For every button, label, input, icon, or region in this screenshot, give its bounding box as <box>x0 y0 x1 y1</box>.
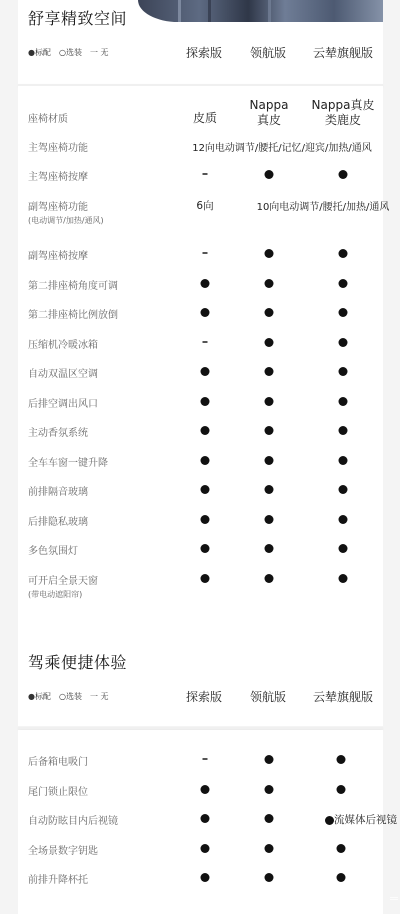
table-row: 可开启全景天窗 (带电动遮阳帘) <box>18 572 383 606</box>
section-title: 舒享精致空间 <box>28 6 127 29</box>
column-header-explore: 探索版 <box>186 688 222 705</box>
cell-pilot <box>265 277 274 289</box>
dot-icon <box>339 574 348 583</box>
dot-icon <box>201 574 210 583</box>
scroll-handle-icon[interactable] <box>390 897 398 900</box>
dot-icon <box>265 485 274 494</box>
legend: ●标配 ○选装 一 无 <box>28 47 109 58</box>
row-label: 尾门锁止限位 <box>28 783 88 798</box>
column-header-flagship: 云辇旗舰版 <box>313 44 373 61</box>
cell-explore <box>201 812 210 824</box>
row-label: 第二排座椅角度可调 <box>28 277 118 292</box>
dot-icon <box>339 338 348 347</box>
cell-pilot <box>265 513 274 525</box>
dot-icon <box>339 249 348 258</box>
row-label: 自动防眩目内后视镜 <box>28 812 118 827</box>
table-row: 副驾座椅功能 (电动调节/加热/通风) 6向 10向电动调节/腰托/加热/通风 <box>18 198 383 232</box>
dot-icon <box>201 426 210 435</box>
mirror-note: 流媒体后视镜 <box>334 814 397 826</box>
dot-icon <box>265 814 274 823</box>
dot-icon <box>201 485 210 494</box>
cell-flagship <box>337 871 346 883</box>
dot-icon <box>265 367 274 376</box>
spec-comparison-page: 舒享精致空间 ●标配 ○选装 一 无 探索版 领航版 云辇旗舰版 座椅材质 皮质… <box>0 0 400 914</box>
dot-icon <box>337 844 346 853</box>
table-row: 尾门锁止限位 <box>18 783 383 803</box>
row-label: 压缩机冷暖冰箱 <box>28 336 98 351</box>
cell-explore <box>203 336 208 348</box>
cell-pilot <box>265 247 274 259</box>
cell-pilot <box>265 871 274 883</box>
cell-pilot <box>265 336 274 348</box>
row-label: 副驾座椅按摩 <box>28 247 88 262</box>
cell-line: Nappa <box>250 98 289 113</box>
cell-pilot: Nappa 真皮 <box>250 98 289 128</box>
cell-flagship <box>339 395 348 407</box>
row-label: 第二排座椅比例放倒 <box>28 306 118 321</box>
dot-icon <box>265 456 274 465</box>
dash-icon <box>203 758 208 760</box>
cell-pilot <box>265 812 274 824</box>
dot-icon <box>201 873 210 882</box>
table-row: 自动防眩目内后视镜 流媒体后视镜 <box>18 812 383 832</box>
dot-icon <box>265 249 274 258</box>
dot-icon <box>201 785 210 794</box>
cell-span: 10向电动调节/腰托/加热/通风 <box>257 198 390 213</box>
table-row: 全车车窗一键升降 <box>18 454 383 474</box>
dot-icon <box>339 456 348 465</box>
car-interior-image <box>138 0 383 22</box>
dot-icon <box>201 279 210 288</box>
cell-flagship: 流媒体后视镜 <box>325 812 397 827</box>
row-label: 前排升降杯托 <box>28 871 88 886</box>
cell-flagship <box>339 365 348 377</box>
row-sublabel: (带电动遮阳帘) <box>28 589 82 600</box>
cell-explore <box>203 168 208 180</box>
cell-line: 真皮 <box>250 113 289 128</box>
cell-explore <box>201 542 210 554</box>
dot-icon <box>201 544 210 553</box>
row-label: 副驾座椅功能 <box>28 198 88 213</box>
column-header-pilot: 领航版 <box>250 688 286 705</box>
cell-line: Nappa真皮 <box>312 98 375 113</box>
cell-explore <box>201 871 210 883</box>
row-label: 后排隐私玻璃 <box>28 513 88 528</box>
dot-icon <box>265 515 274 524</box>
dot-icon <box>265 426 274 435</box>
table-row: 后排空调出风口 <box>18 395 383 415</box>
cell-flagship <box>337 842 346 854</box>
dot-icon <box>339 544 348 553</box>
dot-icon <box>265 844 274 853</box>
cell-explore <box>201 395 210 407</box>
row-label: 主动香氛系统 <box>28 424 88 439</box>
cell-explore <box>201 513 210 525</box>
dot-icon <box>201 844 210 853</box>
column-header-explore: 探索版 <box>186 44 222 61</box>
cell-explore <box>201 842 210 854</box>
row-label: 自动双温区空调 <box>28 365 98 380</box>
cell-pilot <box>265 395 274 407</box>
cell-explore <box>201 424 210 436</box>
table-row: 后备箱电吸门 <box>18 753 383 773</box>
legend-optional: ○选装 <box>59 691 82 702</box>
row-label: 主驾座椅按摩 <box>28 168 88 183</box>
dot-icon <box>339 515 348 524</box>
cell-flagship <box>339 277 348 289</box>
row-label: 主驾座椅功能 <box>28 139 88 154</box>
cell-pilot <box>265 542 274 554</box>
cell-line: 类鹿皮 <box>312 113 375 128</box>
table-row: 主驾座椅功能 12向电动调节/腰托/记忆/迎宾/加热/通风 <box>18 139 383 159</box>
legend-none: 一 无 <box>90 691 109 702</box>
cell-flagship <box>339 306 348 318</box>
cell-flagship <box>339 168 348 180</box>
column-header-pilot: 领航版 <box>250 44 286 61</box>
cell-pilot <box>265 483 274 495</box>
dot-icon <box>339 308 348 317</box>
dot-icon <box>339 397 348 406</box>
dot-icon <box>339 485 348 494</box>
cell-flagship <box>339 513 348 525</box>
table-row: 多色氛围灯 <box>18 542 383 562</box>
cell-pilot <box>265 454 274 466</box>
cell-flagship <box>339 424 348 436</box>
dot-icon <box>339 367 348 376</box>
cell-flagship <box>337 753 346 765</box>
cell-pilot <box>265 842 274 854</box>
legend: ●标配 ○选装 一 无 <box>28 691 109 702</box>
table-row: 压缩机冷暖冰箱 <box>18 336 383 356</box>
cell-flagship <box>339 336 348 348</box>
dot-icon <box>339 426 348 435</box>
dot-icon <box>201 308 210 317</box>
table-row: 全场景数字钥匙 <box>18 842 383 862</box>
cell-flagship <box>339 483 348 495</box>
row-label: 座椅材质 <box>28 110 68 125</box>
table-row: 主动香氛系统 <box>18 424 383 444</box>
dot-icon <box>265 574 274 583</box>
cell-explore <box>203 753 208 765</box>
dot-icon <box>265 338 274 347</box>
cell-explore <box>203 247 208 259</box>
cell-pilot <box>265 783 274 795</box>
table-row: 副驾座椅按摩 <box>18 247 383 267</box>
row-label: 后备箱电吸门 <box>28 753 88 768</box>
table-row: 前排隔音玻璃 <box>18 483 383 503</box>
dot-icon <box>325 816 334 825</box>
dot-icon <box>265 397 274 406</box>
row-label: 后排空调出风口 <box>28 395 98 410</box>
cell-explore <box>201 306 210 318</box>
cell-span: 12向电动调节/腰托/记忆/迎宾/加热/通风 <box>192 139 372 154</box>
dot-icon <box>265 785 274 794</box>
dot-icon <box>337 873 346 882</box>
cell-pilot <box>265 572 274 584</box>
dash-icon <box>203 173 208 175</box>
dot-icon <box>201 814 210 823</box>
dash-icon <box>203 341 208 343</box>
cell-explore <box>201 572 210 584</box>
dot-icon <box>265 873 274 882</box>
dot-icon <box>201 456 210 465</box>
cell-explore <box>201 483 210 495</box>
cell-pilot <box>265 306 274 318</box>
dot-icon <box>201 515 210 524</box>
header-divider <box>18 727 383 729</box>
cell-flagship: Nappa真皮 类鹿皮 <box>312 98 375 128</box>
column-header-flagship: 云辇旗舰版 <box>313 688 373 705</box>
row-label: 前排隔音玻璃 <box>28 483 88 498</box>
table-row: 主驾座椅按摩 <box>18 168 383 188</box>
cell-explore <box>201 365 210 377</box>
dot-icon <box>265 544 274 553</box>
dot-icon <box>265 308 274 317</box>
row-sublabel: (电动调节/加热/通风) <box>28 215 104 226</box>
cell-flagship <box>339 572 348 584</box>
section-title: 驾乘便捷体验 <box>28 650 127 673</box>
cell-pilot <box>265 424 274 436</box>
row-label: 全场景数字钥匙 <box>28 842 98 857</box>
dot-icon <box>339 170 348 179</box>
dot-icon <box>265 279 274 288</box>
table-row: 第二排座椅角度可调 <box>18 277 383 297</box>
cell-pilot <box>265 168 274 180</box>
row-label: 多色氛围灯 <box>28 542 78 557</box>
table-row: 自动双温区空调 <box>18 365 383 385</box>
dot-icon <box>337 755 346 764</box>
cell-flagship <box>337 783 346 795</box>
cell-explore <box>201 783 210 795</box>
cell-explore <box>201 454 210 466</box>
dot-icon <box>265 170 274 179</box>
cell-explore: 皮质 <box>193 109 217 126</box>
cell-flagship <box>339 454 348 466</box>
row-label: 可开启全景天窗 <box>28 572 98 587</box>
table-row: 后排隐私玻璃 <box>18 513 383 533</box>
table-row: 座椅材质 皮质 Nappa 真皮 Nappa真皮 类鹿皮 <box>18 98 383 138</box>
cell-pilot <box>265 365 274 377</box>
dot-icon <box>339 279 348 288</box>
dash-icon <box>203 252 208 254</box>
legend-standard: ●标配 <box>28 47 51 58</box>
cell-pilot <box>265 753 274 765</box>
legend-optional: ○选装 <box>59 47 82 58</box>
dot-icon <box>201 367 210 376</box>
cell-explore: 6向 <box>196 198 213 213</box>
cell-flagship <box>339 542 348 554</box>
cell-explore <box>201 277 210 289</box>
table-row: 前排升降杯托 <box>18 871 383 891</box>
dot-icon <box>265 755 274 764</box>
legend-none: 一 无 <box>90 47 109 58</box>
legend-standard: ●标配 <box>28 691 51 702</box>
table-row: 第二排座椅比例放倒 <box>18 306 383 326</box>
dot-icon <box>337 785 346 794</box>
cell-flagship <box>339 247 348 259</box>
row-label: 全车车窗一键升降 <box>28 454 108 469</box>
dot-icon <box>201 397 210 406</box>
